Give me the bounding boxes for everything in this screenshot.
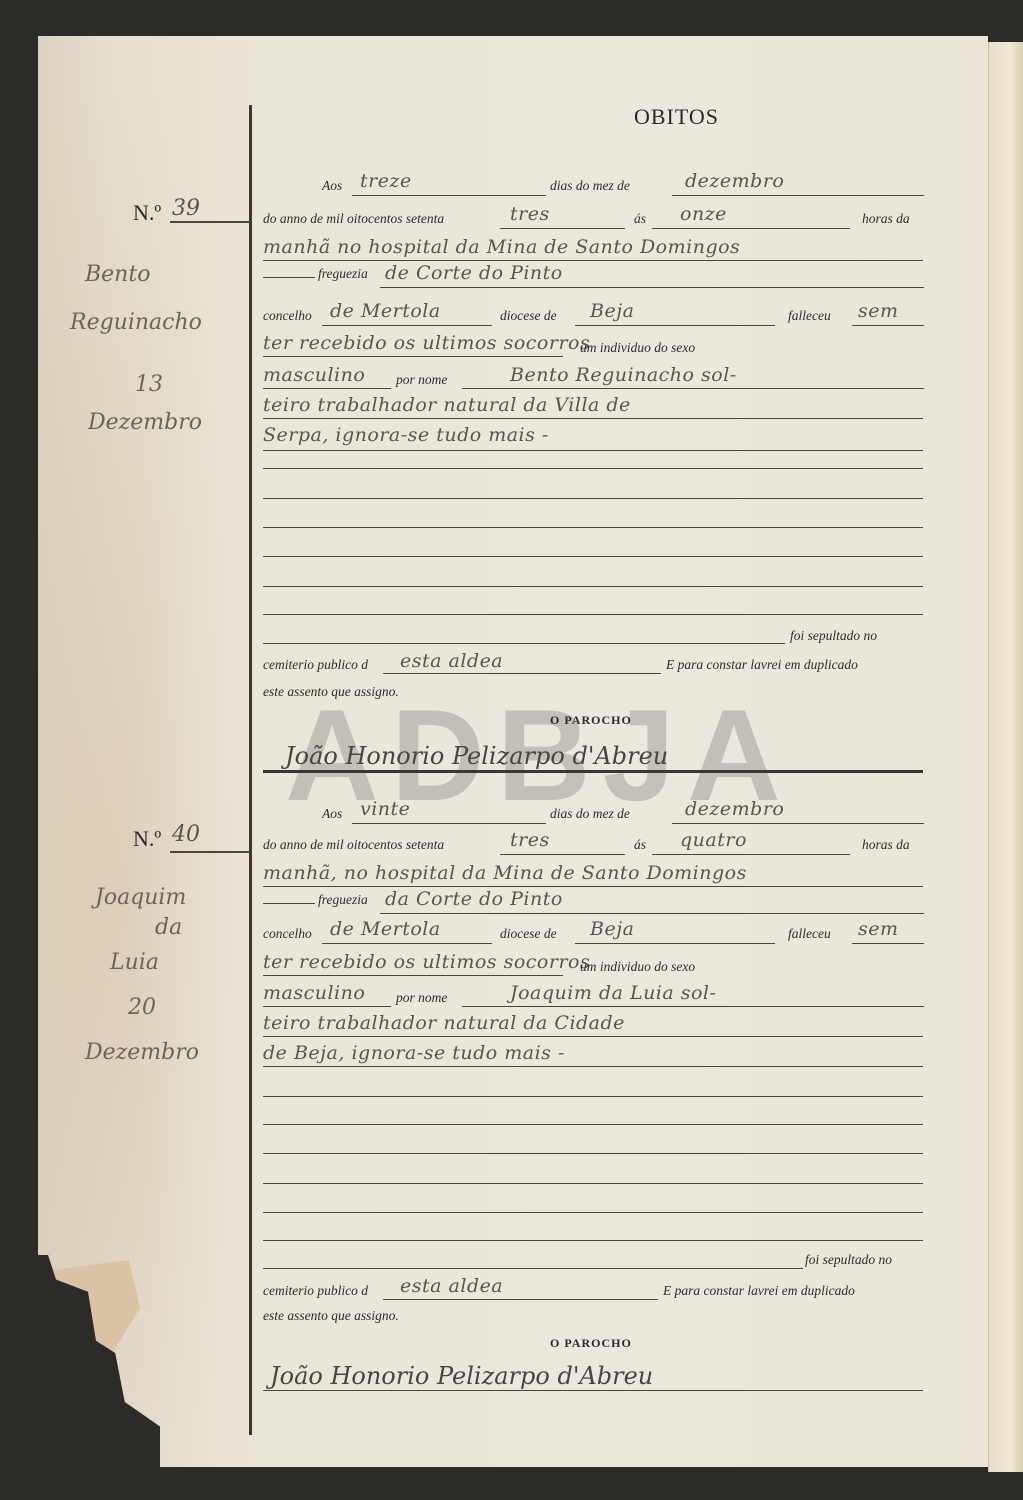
margin-note-line: Dezembro: [88, 410, 202, 435]
label-assento: este assento que assigno.: [263, 684, 399, 700]
label-diocese: diocese de: [500, 308, 557, 324]
label-died: falleceu: [788, 308, 831, 324]
label-month: dias do mez de: [550, 806, 630, 822]
margin-rule: [249, 105, 252, 1435]
field-year: tres: [510, 203, 550, 225]
label-municipality: concelho: [263, 926, 312, 942]
label-buried: foi sepultado no: [790, 628, 877, 644]
label-sex: um individuo do sexo: [580, 340, 695, 356]
field-sex: masculino: [263, 982, 365, 1004]
label-year: do anno de mil oitocentos setenta: [263, 837, 444, 853]
field-month: dezembro: [685, 170, 784, 192]
field-line3: de Beja, ignora-se tudo mais -: [263, 1042, 565, 1064]
label-hour: ás: [634, 837, 646, 853]
page-title: OBITOS: [0, 104, 1023, 130]
margin-note-line: Dezembro: [85, 1040, 199, 1065]
field-day: vinte: [360, 798, 410, 820]
label-year: do anno de mil oitocentos setenta: [263, 211, 444, 227]
field-month: dezembro: [685, 798, 784, 820]
field-parish: de Corte do Pinto: [385, 262, 563, 284]
margin-note-line: Joaquim: [95, 885, 186, 910]
label-municipality: concelho: [263, 308, 312, 324]
field-sacraments: ter recebido os ultimos socorros: [263, 951, 590, 973]
label-aos: Aos: [322, 178, 342, 194]
field-parish: da Corte do Pinto: [385, 888, 563, 910]
field-hour: onze: [680, 203, 727, 225]
field-municipality: de Mertola: [330, 300, 441, 322]
label-died: falleceu: [788, 926, 831, 942]
label-duplicate: E para constar lavrei em duplicado: [663, 1283, 855, 1299]
field-year: tres: [510, 829, 550, 851]
signature: João Honorio Pelizarpo d'Abreu: [285, 742, 668, 770]
label-duplicate: E para constar lavrei em duplicado: [666, 657, 858, 673]
label-hours: horas da: [862, 837, 910, 853]
label-cemetery: cemiterio publico d: [263, 657, 368, 673]
field-name: Joaquim da Luia sol-: [510, 982, 716, 1004]
entry-number: 39: [172, 196, 200, 221]
entry-number-label: N.º: [133, 200, 161, 226]
field-place: manhã no hospital da Mina de Santo Domin…: [263, 236, 740, 258]
label-name: por nome: [396, 372, 447, 388]
field-place: manhã, no hospital da Mina de Santo Domi…: [263, 862, 747, 884]
label-assento: este assento que assigno.: [263, 1308, 399, 1324]
field-diocese: Beja: [590, 300, 634, 322]
field-line3: Serpa, ignora-se tudo mais -: [263, 424, 549, 446]
label-buried: foi sepultado no: [805, 1252, 892, 1268]
signature-line: [263, 770, 923, 773]
field-line2: teiro trabalhador natural da Cidade: [263, 1012, 625, 1034]
margin-note-line: Luia: [110, 950, 159, 975]
field-hour: quatro: [680, 829, 747, 851]
margin-note-line: 20: [128, 995, 156, 1020]
number-underline: [170, 851, 250, 853]
label-hour: ás: [634, 211, 646, 227]
margin-note-line: Reguinacho: [70, 310, 202, 335]
field-cemetery: esta aldea: [400, 1275, 503, 1297]
label-parish-priest: O PAROCHO: [550, 713, 632, 728]
field-day: treze: [360, 170, 412, 192]
field-died-cont: sem: [858, 918, 899, 940]
field-municipality: de Mertola: [330, 918, 441, 940]
field-died-cont: sem: [858, 300, 899, 322]
label-aos: Aos: [322, 806, 342, 822]
adjacent-page-edge: [988, 42, 1023, 1472]
field-name: Bento Reguinacho sol-: [510, 364, 737, 386]
entry-number-label: N.º: [133, 826, 161, 852]
signature-line: [263, 1390, 923, 1391]
field-sacraments: ter recebido os ultimos socorros: [263, 332, 590, 354]
margin-note-line: Bento: [85, 262, 150, 287]
entry-number: 40: [172, 822, 200, 847]
label-parish: freguezia: [318, 892, 368, 908]
label-cemetery: cemiterio publico d: [263, 1283, 368, 1299]
label-diocese: diocese de: [500, 926, 557, 942]
label-name: por nome: [396, 990, 447, 1006]
label-hours: horas da: [862, 211, 910, 227]
label-month: dias do mez de: [550, 178, 630, 194]
paper-stain: [38, 36, 238, 1467]
label-parish-priest: O PAROCHO: [550, 1336, 632, 1351]
field-sex: masculino: [263, 364, 365, 386]
label-parish: freguezia: [318, 266, 368, 282]
signature: João Honorio Pelizarpo d'Abreu: [270, 1362, 653, 1390]
margin-note-line: 13: [135, 372, 163, 397]
field-line2: teiro trabalhador natural da Villa de: [263, 394, 631, 416]
field-diocese: Beja: [590, 918, 634, 940]
number-underline: [170, 221, 250, 223]
label-sex: um individuo do sexo: [580, 959, 695, 975]
field-cemetery: esta aldea: [400, 650, 503, 672]
margin-note-line: da: [155, 915, 182, 940]
